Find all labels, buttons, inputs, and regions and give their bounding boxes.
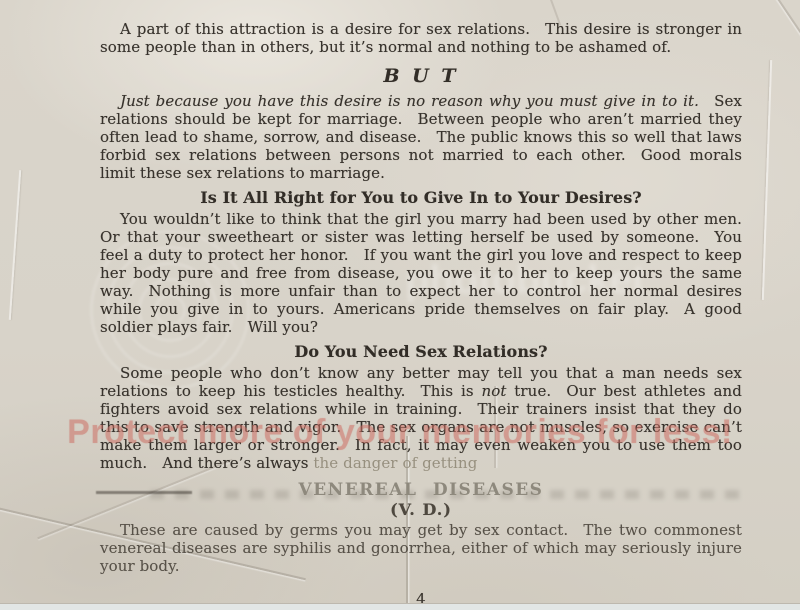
heading-vd-abbreviation: (V. D.): [100, 500, 742, 519]
paper-crease: [765, 0, 800, 73]
paragraph-attraction: A part of this attraction is a desire fo…: [100, 20, 742, 56]
page-number: 4: [100, 590, 742, 608]
paragraph-marriage: Just because you have this desire is no …: [100, 92, 742, 182]
scanned-pamphlet-page: photobucket A part of this attraction is…: [0, 0, 800, 610]
heading-but: B U T: [100, 65, 742, 87]
paragraph-athletes: Some people who don’t know any better ma…: [100, 364, 742, 472]
italic-lead-sentence: Just because you have this desire is no …: [120, 92, 699, 110]
italic-word-not: not: [481, 382, 506, 400]
heading-desires: Is It All Right for You to Give In to Yo…: [100, 188, 742, 208]
paper-crease: [762, 60, 772, 300]
paragraph-germs: These are caused by germs you may get by…: [100, 521, 742, 575]
heading-venereal-diseases: VENEREAL DISEASES: [100, 480, 742, 500]
paragraph-honor: You wouldn’t like to think that the girl…: [100, 210, 742, 336]
page-content: A part of this attraction is a desire fo…: [100, 20, 742, 608]
paper-crease: [9, 170, 21, 320]
heading-need-sex-relations: Do You Need Sex Relations?: [100, 342, 742, 362]
faded-phrase-danger: the danger of getting: [313, 454, 477, 472]
